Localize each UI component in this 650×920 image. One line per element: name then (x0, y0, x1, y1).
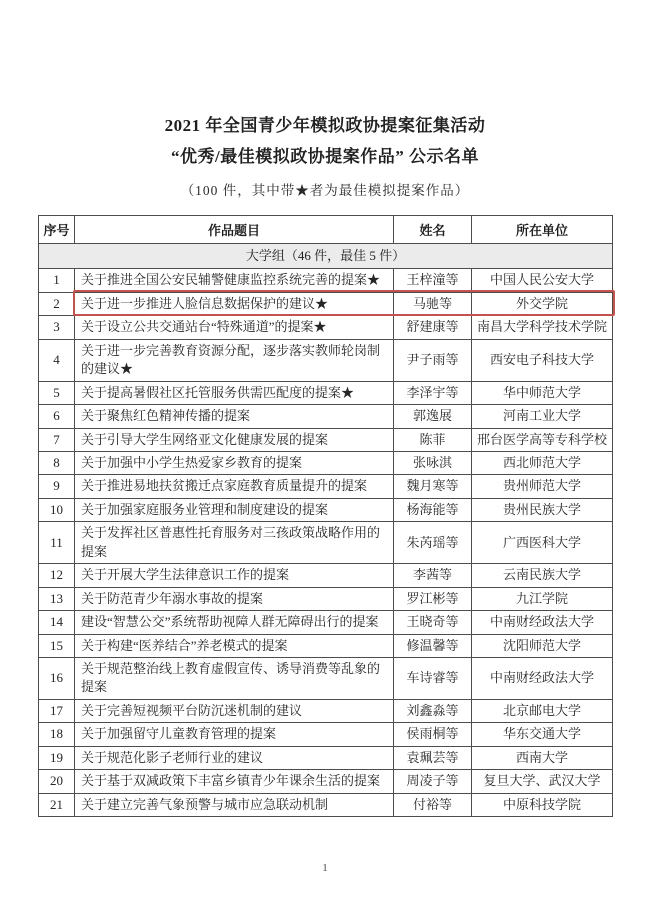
row-no-cell: 10 (39, 498, 75, 521)
row-title-cell: 关于建立完善气象预警与城市应急联动机制 (75, 793, 394, 816)
table-row: 9关于推进易地扶贫搬迁点家庭教育质量提升的提案魏月寒等贵州师范大学 (39, 475, 613, 498)
row-unit-cell: 邢台医学高等专科学校 (472, 428, 613, 451)
table-row: 10关于加强家庭服务业管理和制度建设的提案杨海能等贵州民族大学 (39, 498, 613, 521)
row-no-cell: 21 (39, 793, 75, 816)
row-no-cell: 2 (39, 292, 75, 315)
row-name-cell: 王梓潼等 (394, 269, 472, 292)
row-unit-cell: 贵州民族大学 (472, 498, 613, 521)
section-header-row: 大学组（46 件，最佳 5 件） (39, 243, 613, 268)
row-no-cell: 11 (39, 522, 75, 564)
table-header-row: 序号 作品题目 姓名 所在单位 (39, 215, 613, 243)
table-row: 1关于推进全国公安民辅警健康监控系统完善的提案★王梓潼等中国人民公安大学 (39, 269, 613, 292)
row-unit-cell: 中南财经政法大学 (472, 611, 613, 634)
table-row: 20关于基于双减政策下丰富乡镇青少年课余生活的提案周凌子等复旦大学、武汉大学 (39, 770, 613, 793)
row-no-cell: 8 (39, 451, 75, 474)
row-name-cell: 马驰等 (394, 292, 472, 315)
table-row: 8关于加强中小学生热爱家乡教育的提案张咏淇西北师范大学 (39, 451, 613, 474)
row-name-cell: 李泽宇等 (394, 381, 472, 404)
table-row: 14建设“智慧公交”系统帮助视障人群无障碍出行的提案王晓奇等中南财经政法大学 (39, 611, 613, 634)
row-title-cell: 关于推进易地扶贫搬迁点家庭教育质量提升的提案 (75, 475, 394, 498)
row-name-cell: 袁珮芸等 (394, 746, 472, 769)
row-no-cell: 15 (39, 634, 75, 657)
row-title-cell: 关于基于双减政策下丰富乡镇青少年课余生活的提案 (75, 770, 394, 793)
row-name-cell: 罗江彬等 (394, 587, 472, 610)
row-title-cell: 关于提高暑假社区托管服务供需匹配度的提案★ (75, 381, 394, 404)
row-title-cell: 关于加强留守儿童教育管理的提案 (75, 723, 394, 746)
section-header-label: 大学组（46 件，最佳 5 件） (39, 243, 613, 268)
table-row: 6关于聚焦红色精神传播的提案郭逸展河南工业大学 (39, 405, 613, 428)
row-title-cell: 关于聚焦红色精神传播的提案 (75, 405, 394, 428)
row-unit-cell: 九江学院 (472, 587, 613, 610)
row-title-cell: 关于发挥社区普惠性托育服务对三孩政策战略作用的提案 (75, 522, 394, 564)
row-no-cell: 19 (39, 746, 75, 769)
row-name-cell: 朱芮瑶等 (394, 522, 472, 564)
header-name: 姓名 (394, 215, 472, 243)
row-name-cell: 尹子雨等 (394, 339, 472, 381)
row-unit-cell: 沈阳师范大学 (472, 634, 613, 657)
table-row: 2关于进一步推进人脸信息数据保护的建议★马驰等外交学院 (39, 292, 613, 315)
row-name-cell: 刘鑫淼等 (394, 699, 472, 722)
row-title-cell: 关于加强家庭服务业管理和制度建设的提案 (75, 498, 394, 521)
row-no-cell: 18 (39, 723, 75, 746)
document-page: 2021 年全国青少年模拟政协提案征集活动 “优秀/最佳模拟政协提案作品” 公示… (0, 0, 650, 920)
row-no-cell: 4 (39, 339, 75, 381)
page-number: 1 (0, 862, 650, 874)
row-no-cell: 12 (39, 564, 75, 587)
row-title-cell: 关于完善短视频平台防沉迷机制的建议 (75, 699, 394, 722)
row-unit-cell: 中南财经政法大学 (472, 658, 613, 700)
row-unit-cell: 复旦大学、武汉大学 (472, 770, 613, 793)
row-unit-cell: 北京邮电大学 (472, 699, 613, 722)
row-no-cell: 14 (39, 611, 75, 634)
row-name-cell: 付裕等 (394, 793, 472, 816)
table-row: 13关于防范青少年溺水事故的提案罗江彬等九江学院 (39, 587, 613, 610)
table-row: 12关于开展大学生法律意识工作的提案李茜等云南民族大学 (39, 564, 613, 587)
row-unit-cell: 西南大学 (472, 746, 613, 769)
table-row: 18关于加强留守儿童教育管理的提案侯雨桐等华东交通大学 (39, 723, 613, 746)
row-name-cell: 修温馨等 (394, 634, 472, 657)
row-title-cell: 关于进一步推进人脸信息数据保护的建议★ (75, 292, 394, 315)
table-row: 21关于建立完善气象预警与城市应急联动机制付裕等中原科技学院 (39, 793, 613, 816)
title-block: 2021 年全国青少年模拟政协提案征集活动 “优秀/最佳模拟政协提案作品” 公示… (0, 0, 650, 199)
proposal-table-wrap: 序号 作品题目 姓名 所在单位 大学组（46 件，最佳 5 件） 1关于推进全国… (38, 215, 612, 817)
row-no-cell: 13 (39, 587, 75, 610)
table-row: 11关于发挥社区普惠性托育服务对三孩政策战略作用的提案朱芮瑶等广西医科大学 (39, 522, 613, 564)
row-no-cell: 17 (39, 699, 75, 722)
row-no-cell: 9 (39, 475, 75, 498)
row-unit-cell: 云南民族大学 (472, 564, 613, 587)
row-no-cell: 1 (39, 269, 75, 292)
row-title-cell: 建设“智慧公交”系统帮助视障人群无障碍出行的提案 (75, 611, 394, 634)
row-name-cell: 张咏淇 (394, 451, 472, 474)
row-no-cell: 5 (39, 381, 75, 404)
row-unit-cell: 河南工业大学 (472, 405, 613, 428)
row-title-cell: 关于防范青少年溺水事故的提案 (75, 587, 394, 610)
row-unit-cell: 华东交通大学 (472, 723, 613, 746)
row-no-cell: 6 (39, 405, 75, 428)
table-row: 7关于引导大学生网络亚文化健康发展的提案陈菲邢台医学高等专科学校 (39, 428, 613, 451)
row-title-cell: 关于加强中小学生热爱家乡教育的提案 (75, 451, 394, 474)
row-unit-cell: 西安电子科技大学 (472, 339, 613, 381)
row-name-cell: 魏月寒等 (394, 475, 472, 498)
table-row: 16关于规范整治线上教育虚假宣传、诱导消费等乱象的提案车诗睿等中南财经政法大学 (39, 658, 613, 700)
row-name-cell: 杨海能等 (394, 498, 472, 521)
table-row: 5关于提高暑假社区托管服务供需匹配度的提案★李泽宇等华中师范大学 (39, 381, 613, 404)
proposal-table: 序号 作品题目 姓名 所在单位 大学组（46 件，最佳 5 件） 1关于推进全国… (38, 215, 613, 817)
row-name-cell: 郭逸展 (394, 405, 472, 428)
row-title-cell: 关于构建“医养结合”养老模式的提案 (75, 634, 394, 657)
row-unit-cell: 南昌大学科学技术学院 (472, 316, 613, 339)
header-title: 作品题目 (75, 215, 394, 243)
row-no-cell: 16 (39, 658, 75, 700)
table-row: 15关于构建“医养结合”养老模式的提案修温馨等沈阳师范大学 (39, 634, 613, 657)
row-title-cell: 关于设立公共交通站台“特殊通道”的提案★ (75, 316, 394, 339)
table-row: 4关于进一步完善教育资源分配，逐步落实教师轮岗制的建议★尹子雨等西安电子科技大学 (39, 339, 613, 381)
row-name-cell: 舒建康等 (394, 316, 472, 339)
table-row: 17关于完善短视频平台防沉迷机制的建议刘鑫淼等北京邮电大学 (39, 699, 613, 722)
row-name-cell: 陈菲 (394, 428, 472, 451)
row-title-cell: 关于规范整治线上教育虚假宣传、诱导消费等乱象的提案 (75, 658, 394, 700)
row-unit-cell: 中国人民公安大学 (472, 269, 613, 292)
row-no-cell: 7 (39, 428, 75, 451)
row-unit-cell: 中原科技学院 (472, 793, 613, 816)
table-row: 3关于设立公共交通站台“特殊通道”的提案★舒建康等南昌大学科学技术学院 (39, 316, 613, 339)
row-name-cell: 李茜等 (394, 564, 472, 587)
row-title-cell: 关于推进全国公安民辅警健康监控系统完善的提案★ (75, 269, 394, 292)
row-title-cell: 关于进一步完善教育资源分配，逐步落实教师轮岗制的建议★ (75, 339, 394, 381)
header-no: 序号 (39, 215, 75, 243)
row-unit-cell: 华中师范大学 (472, 381, 613, 404)
row-no-cell: 20 (39, 770, 75, 793)
row-no-cell: 3 (39, 316, 75, 339)
document-subtitle: （100 件，其中带★者为最佳模拟提案作品） (0, 179, 650, 199)
row-name-cell: 车诗睿等 (394, 658, 472, 700)
row-unit-cell: 外交学院 (472, 292, 613, 315)
row-unit-cell: 贵州师范大学 (472, 475, 613, 498)
document-title-line1: 2021 年全国青少年模拟政协提案征集活动 (0, 110, 650, 141)
row-unit-cell: 广西医科大学 (472, 522, 613, 564)
header-unit: 所在单位 (472, 215, 613, 243)
table-row: 19关于规范化影子老师行业的建议袁珮芸等西南大学 (39, 746, 613, 769)
row-title-cell: 关于规范化影子老师行业的建议 (75, 746, 394, 769)
row-title-cell: 关于开展大学生法律意识工作的提案 (75, 564, 394, 587)
row-name-cell: 周凌子等 (394, 770, 472, 793)
row-name-cell: 侯雨桐等 (394, 723, 472, 746)
row-name-cell: 王晓奇等 (394, 611, 472, 634)
document-title-line2: “优秀/最佳模拟政协提案作品” 公示名单 (0, 141, 650, 172)
row-unit-cell: 西北师范大学 (472, 451, 613, 474)
row-title-cell: 关于引导大学生网络亚文化健康发展的提案 (75, 428, 394, 451)
